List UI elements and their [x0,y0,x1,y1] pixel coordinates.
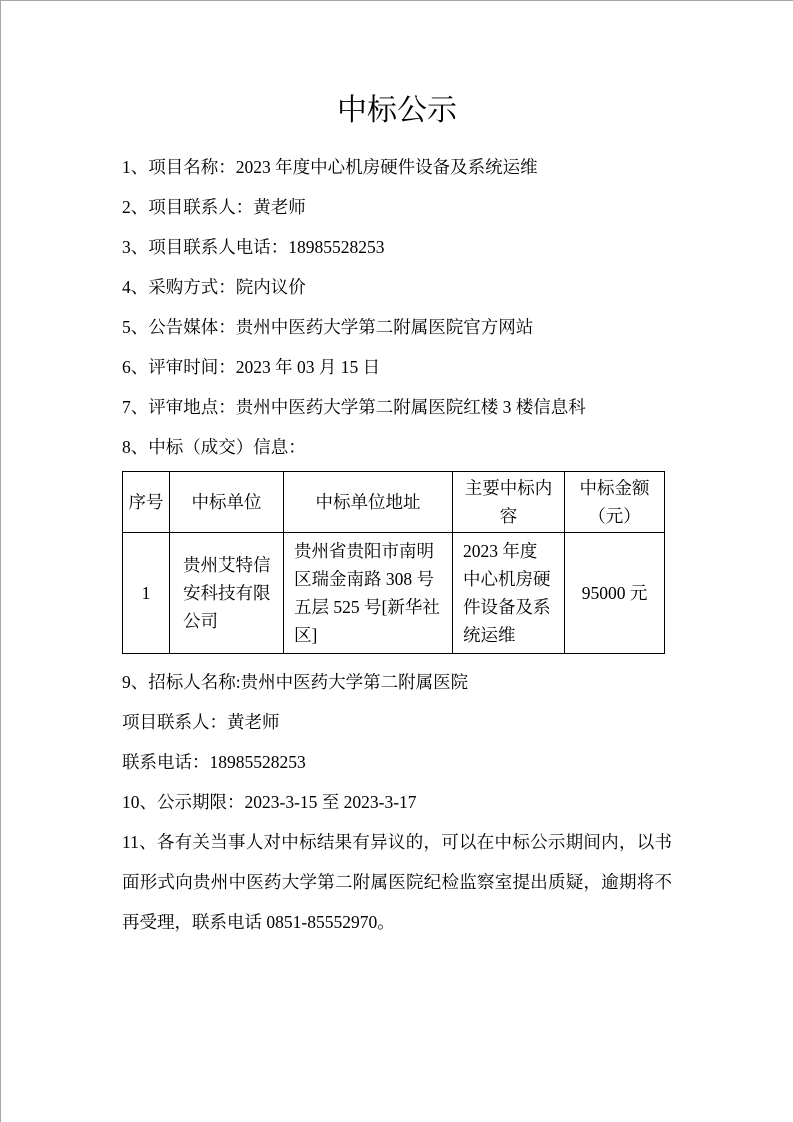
item-review-time: 6、评审时间：2023 年 03 月 15 日 [122,347,672,387]
cell-main-content: 2023 年度中心机房硬件设备及系统运维 [453,533,565,654]
cell-seq-no: 1 [123,533,170,654]
item-review-location: 7、评审地点：贵州中医药大学第二附属医院红楼 3 楼信息科 [122,387,672,427]
item-contact-person: 项目联系人：黄老师 [122,702,672,742]
cell-winner: 贵州艾特信安科技有限公司 [170,533,284,654]
header-award-amount: 中标金额（元） [565,472,665,533]
item-publicity-period: 10、公示期限：2023-3-15 至 2023-3-17 [122,782,672,822]
item-procurement-method: 4、采购方式：院内议价 [122,267,672,307]
award-info-table: 序号 中标单位 中标单位地址 主要中标内容 中标金额（元） 1 贵州艾特信安科技… [122,471,665,654]
header-winner-address: 中标单位地址 [284,472,453,533]
document-page: 中标公示 1、项目名称：2023 年度中心机房硬件设备及系统运维 2、项目联系人… [0,0,793,1122]
item-project-contact: 2、项目联系人：黄老师 [122,187,672,227]
item-contact-number: 联系电话：18985528253 [122,742,672,782]
item-award-info-heading: 8、中标（成交）信息： [122,427,672,467]
page-title: 中标公示 [122,91,672,131]
item-project-name: 1、项目名称：2023 年度中心机房硬件设备及系统运维 [122,147,672,187]
item-tenderer-name: 9、招标人名称:贵州中医药大学第二附属医院 [122,662,672,702]
header-seq-no: 序号 [123,472,170,533]
item-objection-notice: 11、各有关当事人对中标结果有异议的，可以在中标公示期间内，以书面形式向贵州中医… [122,822,672,942]
item-announcement-media: 5、公告媒体：贵州中医药大学第二附属医院官方网站 [122,307,672,347]
item-contact-phone: 3、项目联系人电话：18985528253 [122,227,672,267]
table-row: 1 贵州艾特信安科技有限公司 贵州省贵阳市南明区瑞金南路 308 号五层 525… [123,533,665,654]
cell-winner-address: 贵州省贵阳市南明区瑞金南路 308 号五层 525 号[新华社区] [284,533,453,654]
header-winner: 中标单位 [170,472,284,533]
header-main-content: 主要中标内容 [453,472,565,533]
cell-award-amount: 95000 元 [565,533,665,654]
table-header-row: 序号 中标单位 中标单位地址 主要中标内容 中标金额（元） [123,472,665,533]
